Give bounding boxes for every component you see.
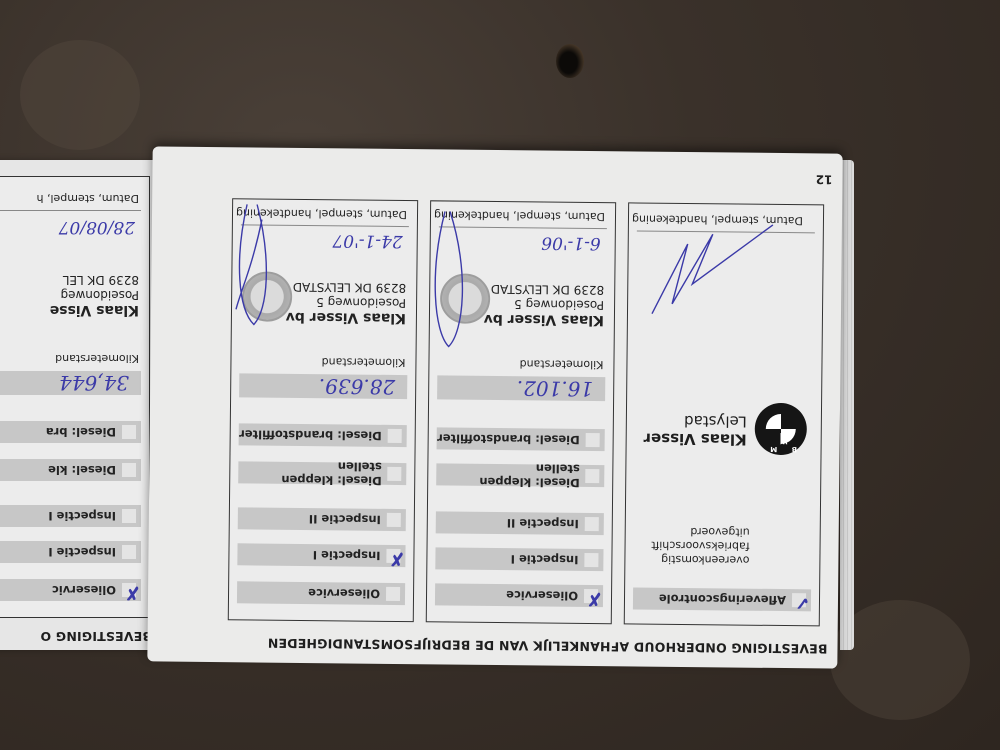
km-label: Kilometerstand (55, 352, 139, 365)
km-field[interactable]: 34,644 (0, 371, 141, 395)
checkbox-label: Olieservic (52, 583, 116, 597)
service-panel-1: ✗Olieservice Inspectie I Inspectie II Di… (426, 200, 616, 624)
checkbox-olieservice[interactable]: Olieservice (237, 581, 405, 605)
signature-label: Datum, stempel, handtekening (434, 208, 605, 223)
checkbox-label: Diesel: kleppen stellen (436, 460, 580, 490)
signature-line (241, 224, 409, 227)
bmw-stamp-icon (440, 273, 491, 324)
checkbox-label: Inspectie I (48, 545, 116, 559)
km-field[interactable]: 16.102. (437, 375, 605, 401)
checkbox-kleppen[interactable]: Diesel: kle (0, 459, 141, 481)
checkbox-kleppen[interactable]: Diesel: kleppen stellen (238, 461, 406, 485)
signature-label: Datum, stempel, handtekening (236, 206, 407, 221)
checkbox-inspectie-1[interactable]: Inspectie I (435, 547, 603, 571)
dealer-block: Klaas Visser Lelystad (644, 412, 747, 449)
stamp-street: Poseidonweg 5 (316, 295, 406, 310)
checkbox-label: Inspectie I (48, 509, 116, 523)
checkbox-box[interactable] (586, 433, 600, 447)
checkbox-label: Inspectie II (507, 516, 579, 531)
service-date: 28/08/07 (59, 217, 135, 237)
stamp-street: Poseidonweg 5 (514, 297, 604, 312)
dealer-city: Lelystad (684, 412, 747, 431)
stamp-city: 8239 DK LELYSTAD (491, 282, 605, 297)
checkbox-box[interactable]: ✓ (792, 593, 806, 607)
checkbox-label: Diesel: brandstoffilter (437, 431, 580, 446)
description-line: uitgevoerd (690, 525, 750, 539)
description-line: fabrieksvoorschift (651, 539, 749, 553)
checkbox-box[interactable] (585, 517, 599, 531)
checkbox-box[interactable]: ✗ (584, 589, 598, 603)
checkbox-label: Diesel: bra (46, 425, 116, 439)
check-mark-icon: ✓ (795, 592, 810, 613)
checkbox-olieservice[interactable]: ✗Olieservic (0, 579, 141, 601)
checkbox-box[interactable]: ✗ (122, 583, 136, 597)
stamp-street: Poseidonweg (61, 288, 140, 302)
checkbox-label: Inspectie I (313, 548, 381, 563)
delivery-panel: ✓ Afleveringscontrole overeenkomstig fab… (624, 202, 824, 626)
checkbox-label: Olieservice (308, 586, 380, 601)
checkbox-box[interactable] (387, 513, 401, 527)
checkbox-box[interactable] (388, 467, 402, 481)
checkbox-box[interactable] (122, 463, 136, 477)
checkbox-inspectie-1[interactable]: Inspectie I (0, 541, 141, 563)
checkbox-box[interactable] (122, 509, 136, 523)
signature-line (637, 230, 815, 233)
checkbox-label: Diesel: kle (48, 463, 116, 477)
dealer-stamp: Klaas Visser bv Poseidonweg 5 8239 DK LE… (286, 279, 407, 325)
surface-stain (20, 40, 140, 150)
delivery-description: overeenkomstig fabrieksvoorschift uitgev… (651, 524, 750, 567)
page-footer-title: BEVESTIGING ONDERHOUD AFHANKELIJK VAN DE… (268, 636, 828, 657)
checkbox-inspectie-1[interactable]: ✗Inspectie I (237, 543, 405, 567)
signature-label: Datum, stempel, h (36, 192, 139, 205)
left-footer-title: BEVESTIGING O (40, 629, 152, 644)
stamp-city: 8239 DK LELYSTAD (293, 280, 407, 295)
checkbox-box[interactable] (584, 553, 598, 567)
checkbox-box[interactable] (122, 545, 136, 559)
checkbox-label: Afleveringscontrole (659, 592, 786, 607)
km-field[interactable]: 28.639. (239, 373, 407, 399)
booklet-page: BEVESTIGING ONDERHOUD AFHANKELIJK VAN DE… (147, 146, 842, 668)
checkbox-box[interactable] (386, 587, 400, 601)
stamp-name: Klaas Visse (50, 302, 139, 318)
stamp-city: 8239 DK LEL (63, 273, 139, 287)
signature-label: Datum, stempel, handtekening (632, 212, 803, 227)
workbench-hole (556, 44, 584, 78)
check-mark-icon: ✗ (125, 582, 140, 603)
checkbox-label: Inspectie I (511, 552, 579, 567)
checkbox-kleppen[interactable]: Diesel: kleppen stellen (436, 463, 604, 487)
checkbox-inspectie-2[interactable]: Inspectie I (0, 505, 141, 527)
km-label: Kilometerstand (322, 355, 406, 369)
km-label: Kilometerstand (520, 357, 604, 371)
checkbox-brandstoffilter[interactable]: Diesel: brandstoffilter (437, 427, 605, 451)
bmw-roundel (766, 414, 796, 444)
service-date: 24-1-'07 (332, 230, 402, 251)
signature-line (439, 226, 607, 229)
checkbox-label: Diesel: brandstoffilter (239, 427, 382, 442)
checkbox-inspectie-2[interactable]: Inspectie II (238, 507, 406, 531)
left-page-fragment: BEVESTIGING O ✗Olieservic Inspectie I In… (0, 160, 160, 650)
checkbox-box[interactable] (122, 425, 136, 439)
signature-line (0, 210, 141, 211)
checkbox-label: Diesel: kleppen stellen (238, 458, 382, 488)
check-mark-icon: ✗ (587, 588, 602, 609)
checkbox-label: Olieservice (506, 588, 578, 603)
checkbox-brandstoffilter[interactable]: Diesel: bra (0, 421, 141, 443)
checkbox-box[interactable] (586, 469, 600, 483)
page-stack-edges (840, 160, 854, 650)
checkbox-box[interactable]: ✗ (386, 549, 400, 563)
dealer-stamp: Klaas Visser bv Poseidonweg 5 8239 DK LE… (484, 281, 605, 327)
bmw-stamp-icon (242, 271, 293, 322)
checkbox-afleveringscontrole[interactable]: ✓ Afleveringscontrole (633, 587, 811, 611)
dealer-stamp: Klaas Visse Poseidonweg 8239 DK LEL (50, 272, 139, 317)
stamp-name: Klaas Visser bv (286, 309, 406, 326)
page-number: 12 (816, 172, 833, 186)
description-line: overeenkomstig (661, 553, 749, 567)
dealer-name: Klaas Visser (644, 430, 747, 449)
service-panel-2: Olieservice ✗Inspectie I Inspectie II Di… (228, 198, 418, 622)
bmw-logo-icon: B M W (755, 403, 808, 456)
service-booklet: BEVESTIGING ONDERHOUD AFHANKELIJK VAN DE… (150, 150, 840, 665)
checkbox-label: Inspectie II (309, 512, 381, 527)
checkbox-olieservice[interactable]: ✗Olieservice (435, 583, 603, 607)
checkbox-box[interactable] (388, 429, 402, 443)
checkbox-brandstoffilter[interactable]: Diesel: brandstoffilter (239, 423, 407, 447)
service-date: 6-1-'06 (541, 232, 601, 253)
checkbox-inspectie-2[interactable]: Inspectie II (436, 511, 604, 535)
check-mark-icon: ✗ (389, 548, 404, 569)
service-panel-3: ✗Olieservic Inspectie I Inspectie I Dies… (0, 176, 150, 618)
stamp-name: Klaas Visser bv (484, 311, 604, 328)
